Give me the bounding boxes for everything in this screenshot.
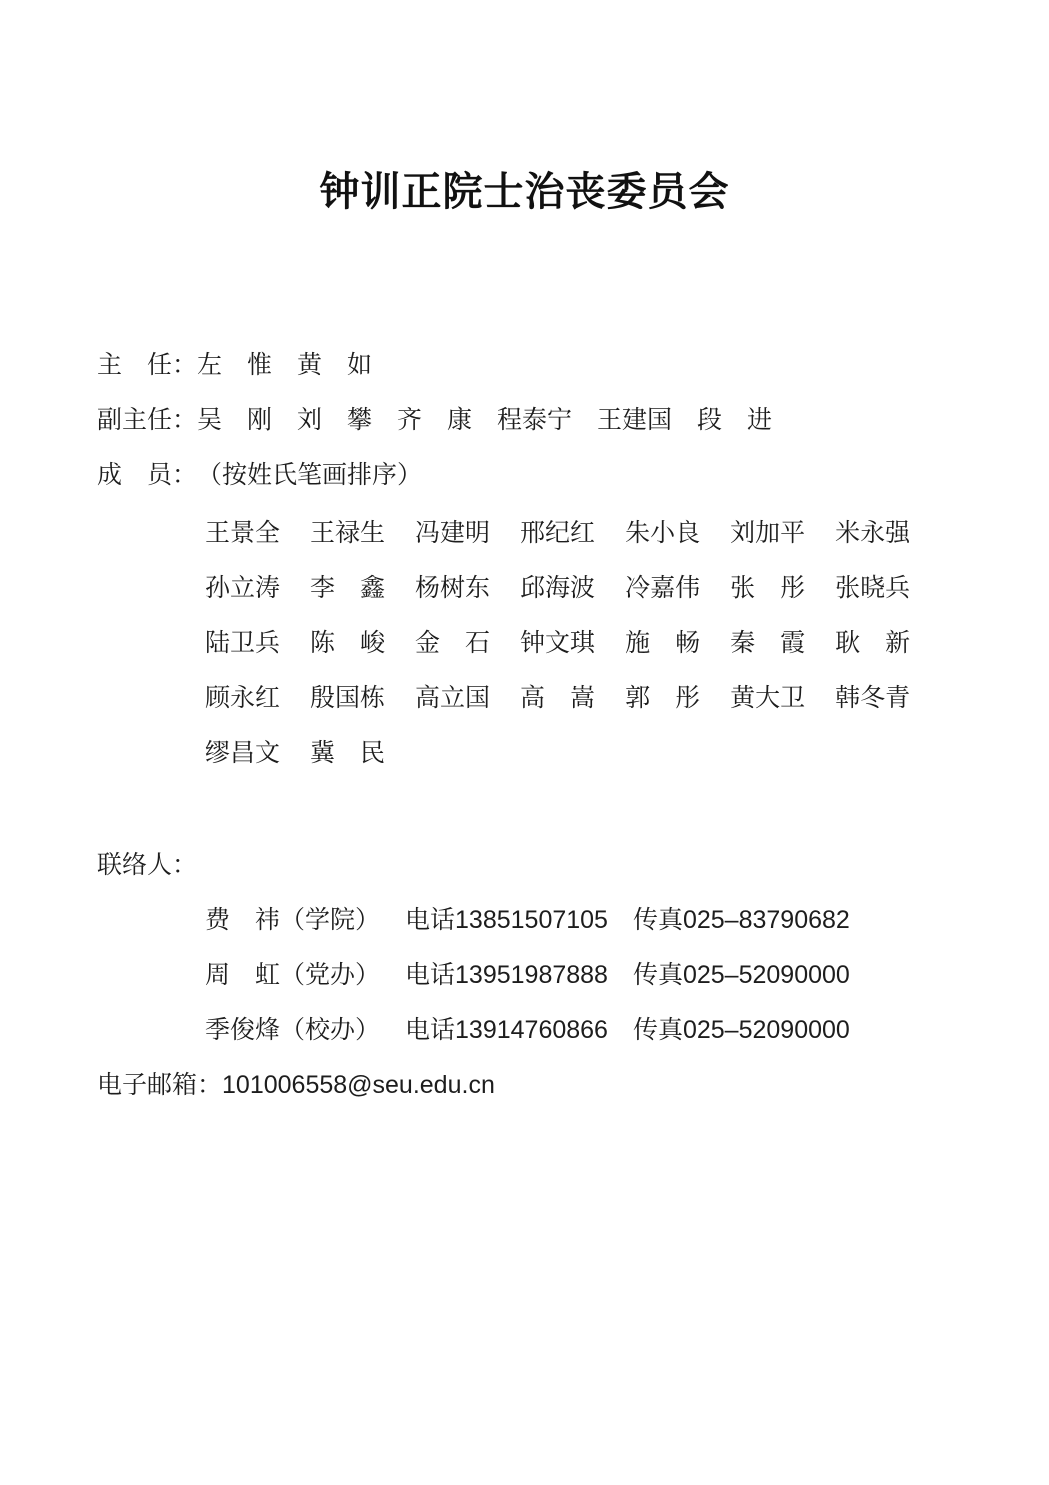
contact-fax: 传真025–83790682 [633, 893, 850, 948]
member-name: 王禄生 [310, 506, 385, 561]
document-title: 钟训正院士治丧委员会 [0, 0, 1049, 212]
member-row: 王景全 王禄生 冯建明 邢纪红 朱小良 刘加平 米永强 [205, 506, 1049, 561]
members-section: 王景全 王禄生 冯建明 邢纪红 朱小良 刘加平 米永强 孙立涛 李 鑫 杨树东 … [205, 506, 1049, 781]
member-name: 李 鑫 [310, 561, 385, 616]
member-row: 陆卫兵 陈 峻 金 石 钟文琪 施 畅 秦 霞 耿 新 [205, 616, 1049, 671]
contact-name: 费 祎（学院） [205, 893, 380, 948]
member-name: 刘加平 [730, 506, 805, 561]
role-line-chair: 主 任： 左 惟 黄 如 [97, 338, 1049, 393]
contact-line: 周 虹（党办） 电话13951987888 传真025–52090000 [205, 948, 1049, 1003]
member-row: 顾永红 殷国栋 高立国 高 嵩 郭 彤 黄大卫 韩冬青 [205, 671, 1049, 726]
role-value: （按姓氏笔画排序） [197, 448, 422, 503]
role-label: 成 员： [97, 448, 197, 503]
member-name: 顾永红 [205, 671, 280, 726]
member-name: 秦 霞 [730, 616, 805, 671]
email-address: 101006558@seu.edu.cn [222, 1058, 495, 1113]
member-name: 高 嵩 [520, 671, 595, 726]
member-name: 陆卫兵 [205, 616, 280, 671]
contact-line: 费 祎（学院） 电话13851507105 传真025–83790682 [205, 893, 1049, 948]
role-line-vice-chair: 副主任： 吴 刚 刘 攀 齐 康 程泰宁 王建国 段 进 [97, 393, 1049, 448]
contact-phone: 电话13914760866 [405, 1003, 608, 1058]
member-name: 陈 峻 [310, 616, 385, 671]
email-line: 电子邮箱： 101006558@seu.edu.cn [97, 1058, 1049, 1113]
role-line-members: 成 员： （按姓氏笔画排序） [97, 448, 1049, 503]
member-name: 金 石 [415, 616, 490, 671]
role-value: 左 惟 黄 如 [197, 338, 372, 393]
member-name: 米永强 [835, 506, 910, 561]
member-name: 高立国 [415, 671, 490, 726]
member-name: 殷国栋 [310, 671, 385, 726]
member-name: 王景全 [205, 506, 280, 561]
member-name: 冀 民 [310, 726, 385, 781]
member-name: 朱小良 [625, 506, 700, 561]
member-name: 邱海波 [520, 561, 595, 616]
contact-name: 季俊烽（校办） [205, 1003, 380, 1058]
member-row: 孙立涛 李 鑫 杨树东 邱海波 冷嘉伟 张 彤 张晓兵 [205, 561, 1049, 616]
contact-fax: 传真025–52090000 [633, 1003, 850, 1058]
role-value: 吴 刚 刘 攀 齐 康 程泰宁 王建国 段 进 [197, 393, 772, 448]
roles-section: 主 任： 左 惟 黄 如 副主任： 吴 刚 刘 攀 齐 康 程泰宁 王建国 段 … [97, 338, 1049, 503]
contacts-section: 费 祎（学院） 电话13851507105 传真025–83790682 周 虹… [205, 893, 1049, 1058]
member-name: 缪昌文 [205, 726, 280, 781]
role-label: 副主任： [97, 393, 197, 448]
member-name: 冷嘉伟 [625, 561, 700, 616]
member-name: 耿 新 [835, 616, 910, 671]
member-name: 杨树东 [415, 561, 490, 616]
contact-name: 周 虹（党办） [205, 948, 380, 1003]
member-name: 张晓兵 [835, 561, 910, 616]
contact-phone: 电话13951987888 [405, 948, 608, 1003]
member-name: 郭 彤 [625, 671, 700, 726]
role-label: 主 任： [97, 338, 197, 393]
member-name: 施 畅 [625, 616, 700, 671]
document-page: 钟训正院士治丧委员会 主 任： 左 惟 黄 如 副主任： 吴 刚 刘 攀 齐 康… [0, 0, 1049, 1485]
member-name: 韩冬青 [835, 671, 910, 726]
member-name: 孙立涛 [205, 561, 280, 616]
member-name: 冯建明 [415, 506, 490, 561]
email-label: 电子邮箱： [97, 1058, 222, 1113]
member-name: 张 彤 [730, 561, 805, 616]
contact-phone: 电话13851507105 [405, 893, 608, 948]
member-row: 缪昌文 冀 民 [205, 726, 1049, 781]
member-name: 黄大卫 [730, 671, 805, 726]
member-name: 钟文琪 [520, 616, 595, 671]
contact-line: 季俊烽（校办） 电话13914760866 传真025–52090000 [205, 1003, 1049, 1058]
member-name: 邢纪红 [520, 506, 595, 561]
contacts-label: 联络人： [97, 838, 1049, 893]
contact-fax: 传真025–52090000 [633, 948, 850, 1003]
